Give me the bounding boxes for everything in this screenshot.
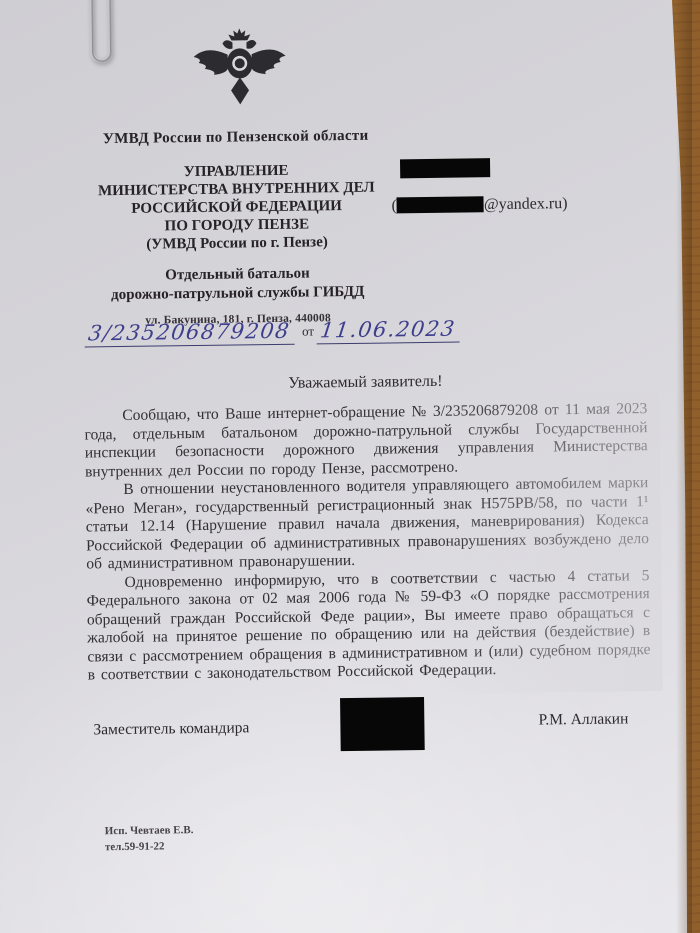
mvd-eagle-emblem-icon [191, 27, 288, 113]
paragraph: Одновременно информирую, что в соответст… [86, 567, 650, 685]
email-line: (@yandex.ru) [391, 195, 567, 215]
letterhead-org-line: (УМВД России по г. Пензе) [37, 232, 437, 255]
contact-block: (@yandex.ru) [391, 157, 568, 215]
handwritten-date: 11.06.2023 [316, 317, 463, 345]
paragraph: В отношении неустановленного водителя уп… [85, 474, 649, 574]
signature-row: Заместитель командира Р.М. Аллакин [93, 708, 638, 715]
redaction-box [397, 197, 484, 214]
executor-phone: тел.59-91-22 [105, 838, 194, 855]
salutation: Уважаемый заявитель! [84, 370, 647, 395]
paperclip-icon [78, 0, 121, 81]
ot-label: от [302, 323, 314, 338]
redaction-box-signature [340, 697, 425, 751]
signature-name: Р.М. Аллакин [538, 710, 628, 729]
paragraph: Сообщаю, что Ваше интернет-обращение № 3… [84, 400, 648, 481]
email-domain: @yandex.ru) [484, 195, 568, 213]
handwritten-outgoing-number: 3/235206879208 [85, 319, 298, 348]
document-content: УМВД России по Пензенской области УПРАВЛ… [0, 0, 700, 933]
signature-position-title: Заместитель командира [93, 719, 249, 739]
reference-line: 3/235206879208от11.06.2023 [86, 317, 461, 348]
letter-body: Сообщаю, что Ваше интернет-обращение № 3… [84, 400, 651, 685]
executor-name: Исп. Чевтаев Е.В. [105, 822, 194, 839]
letterhead-division-line: дорожно-патрульной службы ГИБДД [38, 281, 438, 305]
executor-block: Исп. Чевтаев Е.В. тел.59-91-22 [105, 822, 194, 855]
redaction-box [400, 158, 490, 178]
letterhead: УМВД России по Пензенской области УПРАВЛ… [36, 127, 439, 328]
letterhead-division: Отдельный батальон дорожно-патрульной сл… [37, 263, 437, 305]
letterhead-agency: УМВД России по Пензенской области [36, 127, 436, 149]
